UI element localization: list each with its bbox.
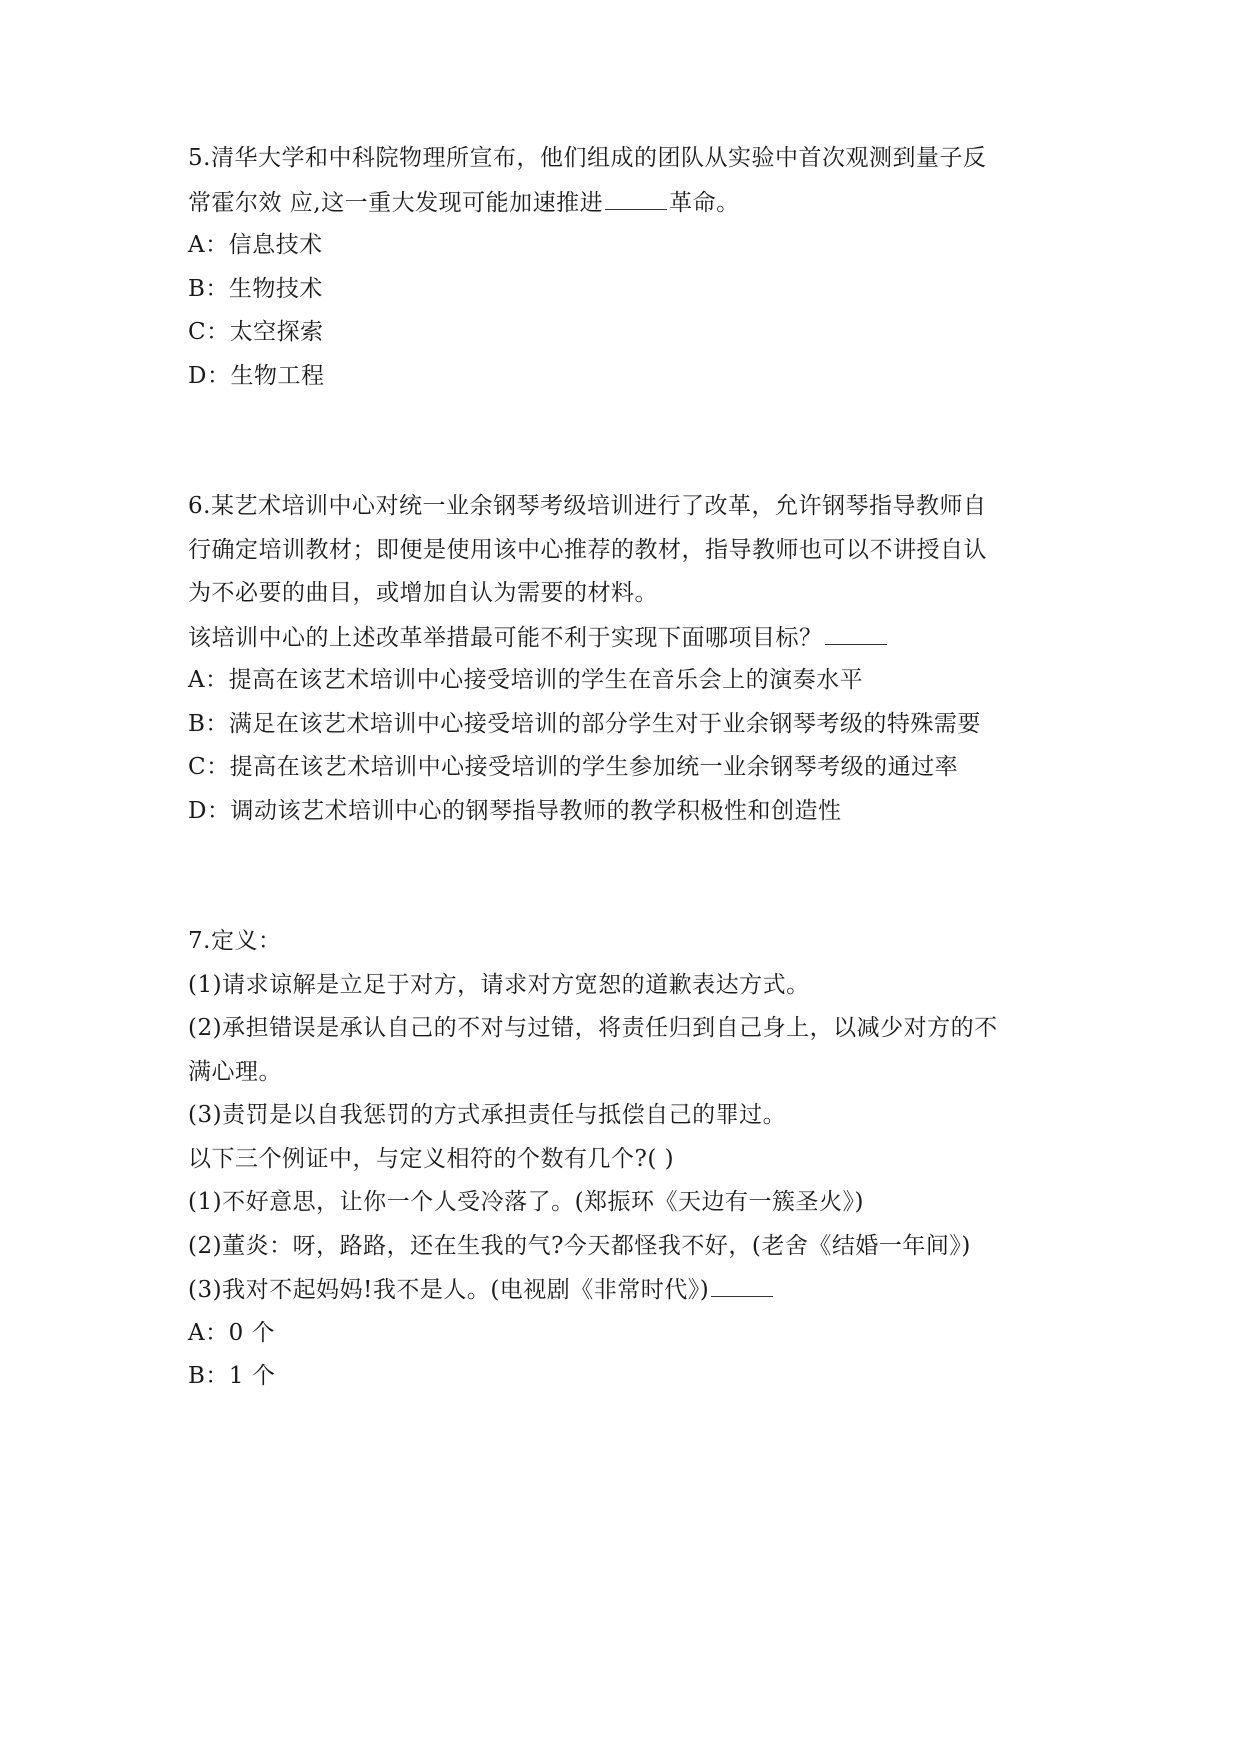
question-6-option-d: D：调动该艺术培训中心的钢琴指导教师的教学积极性和创造性 [188,796,841,826]
question-5-stem-text: 常霍尔效 应,这一重大发现可能加速推进 [188,190,603,216]
question-7-definition-1: (1)请求谅解是立足于对方，请求对方宽恕的道歉表达方式。 [188,970,810,1000]
question-7-example-3: (3)我对不起妈妈!我不是人。(电视剧《非常时代》) [188,1274,775,1305]
question-7-option-a: A：0 个 [188,1318,275,1348]
question-6-stem-line-1: 6.某艺术培训中心对统一业余钢琴考级培训进行了改革，允许钢琴指导教师自 [188,491,986,521]
question-6-stem-line-3: 为不必要的曲目，或增加自认为需要的材料。 [188,578,658,608]
answer-blank [825,622,887,645]
answer-blank [711,1274,773,1297]
question-7-definition-2-cont: 满心理。 [188,1057,282,1087]
question-7-example-1: (1)不好意思，让你一个人受冷落了。(郑振环《天边有一簇圣火》) [188,1187,864,1217]
question-5-option-a: A：信息技术 [188,230,323,260]
question-7-prompt: 以下三个例证中，与定义相符的个数有几个?( ) [188,1144,674,1174]
question-7-definition-3: (3)责罚是以自我惩罚的方式承担责任与抵偿自己的罪过。 [188,1100,786,1130]
question-5-option-c: C：太空探索 [188,317,324,347]
question-6-stem-line-2: 行确定培训教材；即便是使用该中心推荐的教材，指导教师也可以不讲授自认 [188,535,987,565]
question-5-option-b: B：生物技术 [188,274,323,304]
question-5-stem-line-1: 5.清华大学和中科院物理所宣布，他们组成的团队从实验中首次观测到量子反 [188,143,986,173]
question-7-example-2: (2)董炎：呀，路路，还在生我的气?今天都怪我不好，(老舍《结婚一年间》) [188,1231,971,1261]
question-6-prompt-text: 该培训中心的上述改革举措最可能不利于实现下面哪项目标？ [188,625,823,651]
question-6-option-b: B：满足在该艺术培训中心接受培训的部分学生对于业余钢琴考级的特殊需要 [188,709,981,739]
question-5-stem-line-2: 常霍尔效 应,这一重大发现可能加速推进革命。 [188,187,740,218]
question-5-option-d: D：生物工程 [188,361,324,391]
question-7-example-3-text: (3)我对不起妈妈!我不是人。(电视剧《非常时代》) [188,1277,709,1303]
answer-blank [605,187,667,210]
question-5-stem-tail: 革命。 [669,190,740,216]
question-7-title: 7.定义： [188,926,281,956]
question-6-option-a: A：提高在该艺术培训中心接受培训的学生在音乐会上的演奏水平 [188,665,863,695]
question-7-definition-2: (2)承担错误是承认自己的不对与过错，将责任归到自己身上，以减少对方的不 [188,1013,998,1043]
question-6-prompt: 该培训中心的上述改革举措最可能不利于实现下面哪项目标？ [188,622,889,653]
question-6-option-c: C：提高在该艺术培训中心接受培训的学生参加统一业余钢琴考级的通过率 [188,752,958,782]
question-7-option-b: B：1 个 [188,1361,275,1391]
